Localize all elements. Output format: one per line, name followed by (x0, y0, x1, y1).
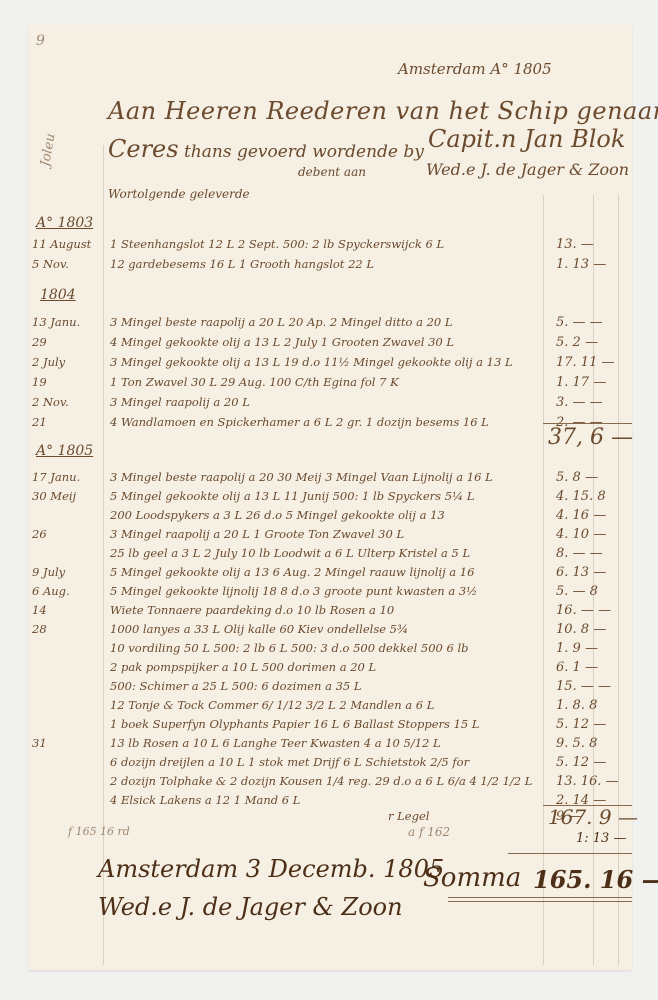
item-description: Wiete Tonnaere paardeking d.o 10 lb Rose… (110, 603, 550, 617)
item-description: 3 Mingel raapolij a 20 L (110, 395, 550, 409)
item-amount: 16. — — (556, 603, 636, 618)
item-date: 30 Meij (32, 489, 102, 503)
item-description: 2 dozijn Tolphake & 2 dozijn Kousen 1/4 … (110, 774, 550, 788)
ship-line-mid: thans gevoerd wordende by (184, 142, 424, 162)
item-amount: 10. 8 — (556, 622, 636, 637)
item-description: 13 lb Rosen a 10 L 6 Langhe Teer Kwasten… (110, 736, 550, 750)
line-item: 2 July 3 Mingel gekookte olij a 13 L 19 … (28, 355, 632, 377)
subtotal-1804: 37, 6 — (548, 425, 633, 450)
item-description: 5 Mingel gekookte olij a 13 L 11 Junij 5… (110, 489, 550, 503)
deduction-label: a f 162 (408, 825, 450, 839)
footer-left-note: f 165 16 rd (68, 825, 130, 838)
item-amount: 15. — — (556, 679, 636, 694)
total-rule (508, 853, 632, 854)
item-amount: 5. 12 — (556, 717, 636, 732)
item-description: 25 lb geel a 3 L 2 July 10 lb Loodwit a … (110, 546, 550, 560)
grand-total: 165. 16 — (533, 865, 658, 894)
item-description: 12 Tonje & Tock Commer 6/ 1/12 3/2 L 2 M… (110, 698, 550, 712)
item-amount: 1. 8. 8 (556, 698, 636, 713)
invoice-paper: 9 Joleu Amsterdam A° 1805 Aan Heeren Ree… (28, 25, 632, 970)
delivered-line: Wortolgende geleverde (108, 187, 250, 201)
item-amount: 6. 1 — (556, 660, 636, 675)
item-description: 3 Mingel beste raapolij a 20 30 Meij 3 M… (110, 470, 550, 484)
item-amount: 9. 5. 8 (556, 736, 636, 751)
item-date: 28 (32, 622, 102, 636)
ship-line: Ceres thans gevoerd wordende by (108, 135, 424, 163)
line-item: 2 Nov. 3 Mingel raapolij a 20 L 3. — — (28, 395, 632, 417)
item-amount: 4. 16 — (556, 508, 636, 523)
item-description: 5 Mingel gekookte olij a 13 6 Aug. 2 Min… (110, 565, 550, 579)
item-date: 17 Janu. (32, 470, 102, 484)
signature-date: Amsterdam 3 Decemb. 1805 (98, 855, 444, 883)
line-item: 11 August 1 Steenhangslot 12 L 2 Sept. 5… (28, 237, 632, 259)
signature-firm: Wed.e J. de Jager & Zoon (98, 893, 403, 921)
item-date: 13 Janu. (32, 315, 102, 329)
item-amount: 3. — — (556, 395, 636, 410)
item-amount: 13. 16. — (556, 774, 636, 789)
item-amount: 8. — — (556, 546, 636, 561)
grand-total-rule (448, 897, 632, 902)
line-item: 5 Nov. 12 gardebesems 16 L 1 Grooth hang… (28, 257, 632, 279)
item-description: 10 vordiling 50 L 500: 2 lb 6 L 500: 3 d… (110, 641, 550, 655)
subtotal-rule (543, 423, 632, 424)
item-amount: 1. 9 — (556, 641, 636, 656)
captain-name: Capit.n Jan Blok (428, 125, 625, 153)
year-heading-1804: 1804 (40, 287, 76, 303)
item-date: 19 (32, 375, 102, 389)
debent-aan: debent aan (298, 165, 366, 179)
item-description: 1 boek Superfyn Olyphants Papier 16 L 6 … (110, 717, 550, 731)
item-description: 4 Elsick Lakens a 12 1 Mand 6 L (110, 793, 550, 807)
item-description: 5 Mingel gekookte lijnolij 18 8 d.o 3 gr… (110, 584, 550, 598)
item-date: 11 August (32, 237, 102, 251)
item-description: 3 Mingel gekookte olij a 13 L 19 d.o 11½… (110, 355, 550, 369)
item-amount: 5. — — (556, 315, 636, 330)
item-description: 4 Wandlamoen en Spickerhamer a 6 L 2 gr.… (110, 415, 550, 429)
item-description: 1 Steenhangslot 12 L 2 Sept. 500: 2 lb S… (110, 237, 550, 251)
item-date: 2 Nov. (32, 395, 102, 409)
deduction-amount: 1: 13 — (576, 831, 626, 846)
item-amount: 5. 8 — (556, 470, 636, 485)
item-description: 2 pak pompspijker a 10 L 500 dorimen a 2… (110, 660, 550, 674)
city-date: Amsterdam A° 1805 (398, 60, 552, 78)
item-date: 31 (32, 736, 102, 750)
item-description: 12 gardebesems 16 L 1 Grooth hangslot 22… (110, 257, 550, 271)
item-amount: 1. 17 — (556, 375, 636, 390)
item-description: 1 Ton Zwavel 30 L 29 Aug. 100 C/th Egina… (110, 375, 550, 389)
item-amount: 5. — 8 (556, 584, 636, 599)
line-item: 13 Janu. 3 Mingel beste raapolij a 20 L … (28, 315, 632, 337)
subtotal-1805: 167. 9 — (548, 805, 638, 829)
line-item: 29 4 Mingel gekookte olij a 13 L 2 July … (28, 335, 632, 357)
addressee-line: Aan Heeren Reederen van het Schip genaam… (108, 97, 658, 125)
firm-name: Wed.e J. de Jager & Zoon (426, 160, 629, 179)
item-description: 3 Mingel beste raapolij a 20 L 20 Ap. 2 … (110, 315, 550, 329)
item-description: 6 dozijn dreijlen a 10 L 1 stok met Drij… (110, 755, 550, 769)
item-amount: 4. 10 — (556, 527, 636, 542)
item-date: 2 July (32, 355, 102, 369)
year-heading-1805: A° 1805 (36, 443, 93, 459)
year-heading-1803: A° 1803 (36, 215, 93, 231)
item-description: 500: Schimer a 25 L 500: 6 dozimen a 35 … (110, 679, 550, 693)
item-date: 5 Nov. (32, 257, 102, 271)
item-amount: 4. 15. 8 (556, 489, 636, 504)
line-item: 19 1 Ton Zwavel 30 L 29 Aug. 100 C/th Eg… (28, 375, 632, 397)
item-date: 21 (32, 415, 102, 429)
item-date: 9 July (32, 565, 102, 579)
item-date: 6 Aug. (32, 584, 102, 598)
ship-name: Ceres (108, 135, 179, 163)
item-amount: 5. 2 — (556, 335, 636, 350)
item-amount: 6. 13 — (556, 565, 636, 580)
item-description: 200 Loodspykers a 3 L 26 d.o 5 Mingel ge… (110, 508, 550, 522)
item-note: r Legel (388, 809, 508, 823)
item-amount: 13. — (556, 237, 636, 252)
line-item: 21 4 Wandlamoen en Spickerhamer a 6 L 2 … (28, 415, 632, 437)
item-amount: 1. 13 — (556, 257, 636, 272)
item-amount: 17. 11 — (556, 355, 636, 370)
page-marker: 9 (36, 33, 45, 49)
somma-label: Somma (423, 863, 521, 893)
item-description: 4 Mingel gekookte olij a 13 L 2 July 1 G… (110, 335, 550, 349)
item-date: 29 (32, 335, 102, 349)
item-description: 1000 lanyes a 33 L Olij kalle 60 Kiev on… (110, 622, 550, 636)
item-amount: 5. 12 — (556, 755, 636, 770)
item-description: 3 Mingel raapolij a 20 L 1 Groote Ton Zw… (110, 527, 550, 541)
margin-note: Joleu (38, 132, 59, 167)
item-date: 14 (32, 603, 102, 617)
item-date: 26 (32, 527, 102, 541)
